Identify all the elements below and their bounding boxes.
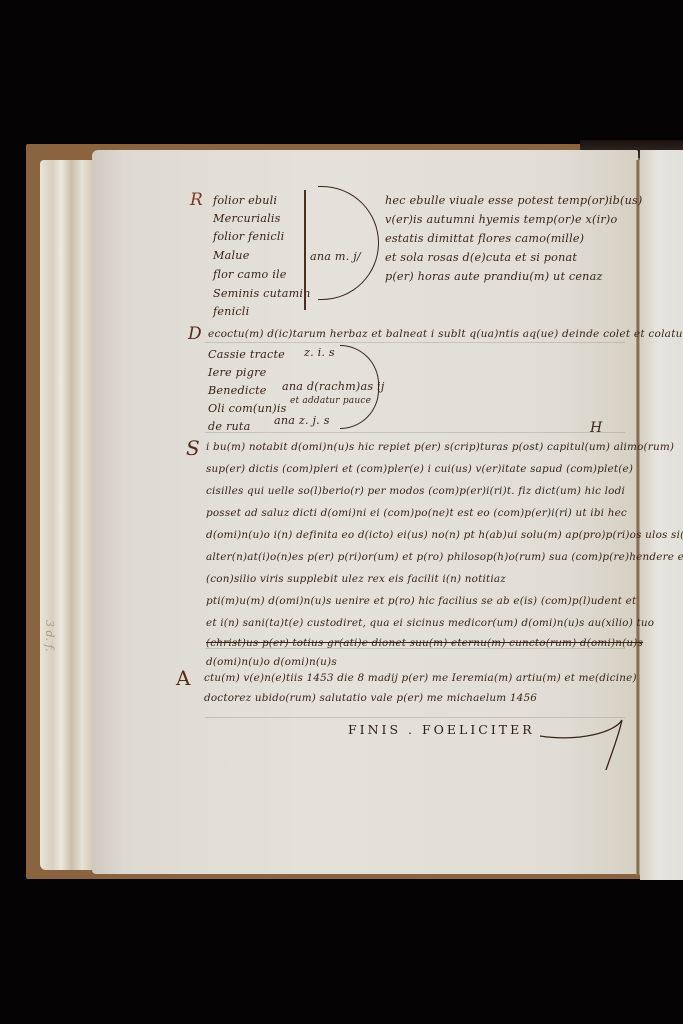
initial-letter: S [186,436,200,460]
text-line: pti(m)u(m) d(omi)n(u)s uenire et p(ro) h… [206,595,636,607]
flourish-icon [520,718,630,778]
text-line: ctu(m) v(e)n(e)tiis 1453 die 8 madij p(e… [204,672,637,684]
facing-page-edge [640,150,683,880]
text-line: p(er) horas aute prandiu(m) ut cenaz [385,270,603,283]
text-line: sup(er) dictis (com)pleri et (com)pler(e… [206,463,633,475]
ingredient-line: Cassie tracte [208,348,285,361]
text-line: (christ)us p(er) totius gr(ati)e dionet … [206,637,643,649]
quantity-note: ana z. j. s [274,414,330,427]
text-line: hec ebulle viuale esse potest temp(or)ib… [385,194,643,207]
ingredient-line: Seminis cutamin [213,287,311,300]
colophon: FINIS . FOELICITER [348,722,535,737]
ruled-line [205,342,625,343]
bracket-line [304,190,306,310]
text-line: v(er)is autumni hyemis temp(or)e x(ir)o [385,213,617,226]
text-line: cisilles qui uelle so(l)berio(r) per mod… [206,485,625,497]
ingredient-line: flor camo ile [213,268,287,281]
initial-letter: R [190,190,203,210]
ingredient-line: folior ebuli [213,194,277,207]
text-line: d(omi)n(u)o d(omi)n(u)s [206,656,337,668]
ingredient-line: Benedicte [208,384,267,397]
margin-mark: H [590,420,602,436]
text-line: doctorez ubido(rum) salutatio vale p(er)… [204,692,537,704]
margin-note: 3 d. f. [43,620,56,652]
ingredient-line: folior fenicli [213,230,284,243]
text-line: estatis dimittat flores camo(mille) [385,232,584,245]
text-line: ecoctu(m) d(ic)tarum herbaz et balneat i… [208,328,683,340]
initial-letter: D [188,324,202,344]
quantity-note: z. i. s [304,346,335,359]
ingredient-line: Malue [213,249,250,262]
text-line: posset ad saluz dicti d(omi)ni ei (com)p… [206,507,627,519]
text-line: et sola rosas d(e)cuta et si ponat [385,251,577,264]
ingredient-line: de ruta [208,420,250,433]
text-line: et i(n) sani(ta)t(e) custodiret, qua ei … [206,617,654,629]
initial-letter: A [176,666,190,690]
text-line: alter(n)at(i)o(n)es p(er) p(ri)or(um) et… [206,551,683,563]
ingredient-line: Mercurialis [213,212,281,225]
ingredient-line: fenicli [213,305,249,318]
text-line: (con)silio viris supplebit ulez rex eis … [206,573,506,585]
ruled-line [205,432,625,433]
text-line: d(omi)n(u)o i(n) definita eo d(icto) ei(… [206,529,683,541]
ingredient-line: Iere pigre [208,366,266,379]
text-line: i bu(m) notabit d(omi)n(u)s hic repiet p… [206,441,674,453]
